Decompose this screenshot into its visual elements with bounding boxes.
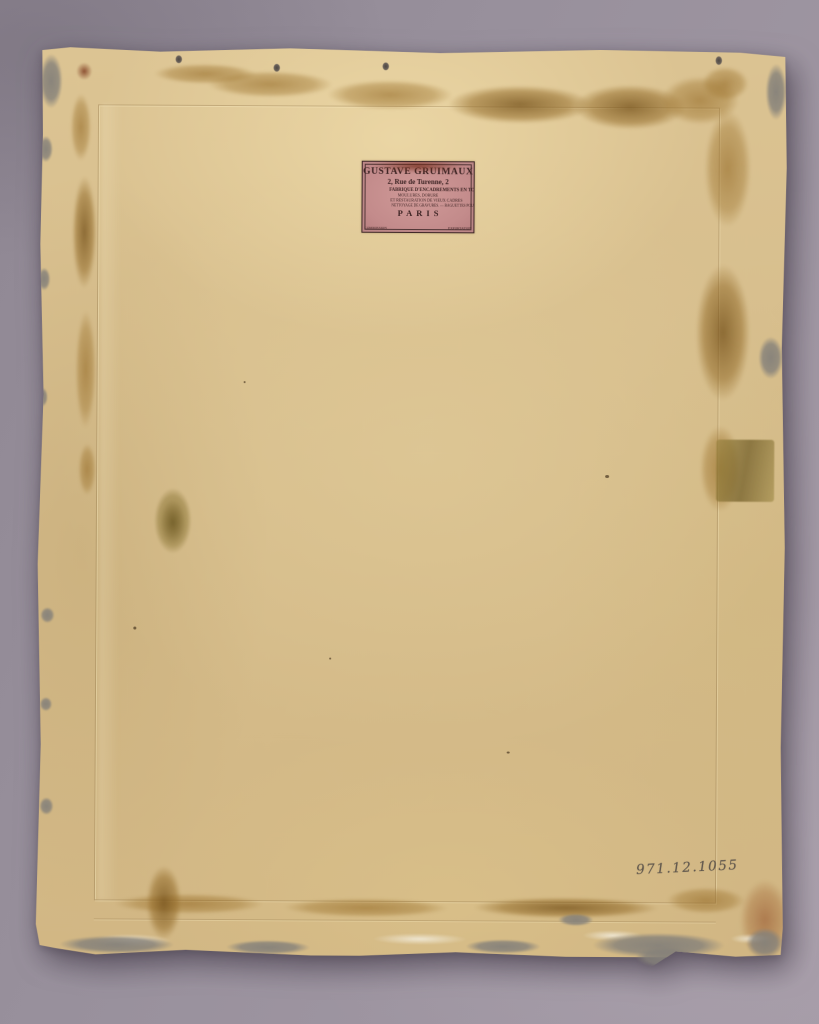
torn-chip xyxy=(52,934,182,955)
torn-chip xyxy=(36,386,48,408)
torn-chip xyxy=(764,60,788,124)
left-crease-highlight xyxy=(98,104,122,900)
label-commission: COMMISSION xyxy=(364,226,386,230)
torn-chip xyxy=(744,926,786,960)
glue-stain xyxy=(94,890,284,917)
torn-chip xyxy=(39,696,53,712)
label-line-fabrique: FABRIQUE D'ENCADREMENTS EN TOUS GENRES xyxy=(389,187,447,193)
tack-mark xyxy=(174,54,183,65)
red-stain xyxy=(74,60,94,82)
glue-stain xyxy=(76,436,98,502)
fleck xyxy=(507,752,510,754)
blob-stain-core xyxy=(158,497,188,549)
tack-mark xyxy=(714,55,723,67)
torn-chip xyxy=(39,606,55,624)
fleck xyxy=(133,627,136,630)
glue-stain xyxy=(261,895,471,920)
tack-mark xyxy=(381,61,390,72)
glue-stain xyxy=(688,247,757,417)
fleck xyxy=(329,658,331,660)
tape-residue xyxy=(716,440,774,502)
fleck xyxy=(605,475,609,478)
torn-chip xyxy=(221,939,316,955)
backing-board: GUSTAVE GRUIMAUX 2, Rue de Turenne, 2 FA… xyxy=(36,44,788,958)
glue-stain xyxy=(68,84,94,170)
label-exportation: EXPORTATION xyxy=(448,226,472,230)
label-address: 2, Rue de Turenne, 2 xyxy=(363,178,474,187)
torn-chip xyxy=(461,938,546,954)
label-line-nettoyage: NETTOYAGE DE GRAVURES. — BAGUETTES POUR … xyxy=(391,203,444,208)
torn-chip xyxy=(38,50,64,112)
torn-chip xyxy=(37,266,51,292)
glue-stain xyxy=(697,93,758,243)
glue-stain xyxy=(69,162,100,302)
tack-mark xyxy=(272,62,281,73)
label-city: PARIS xyxy=(362,208,473,219)
framer-label: GUSTAVE GRUIMAUX 2, Rue de Turenne, 2 FA… xyxy=(361,161,474,234)
backing-board-shadow: GUSTAVE GRUIMAUX 2, Rue de Turenne, 2 FA… xyxy=(36,44,788,958)
torn-chip xyxy=(757,334,785,382)
torn-chip xyxy=(556,913,596,927)
torn-chip xyxy=(38,796,54,816)
torn-chip xyxy=(38,134,54,164)
fleck xyxy=(244,381,246,383)
glue-stain xyxy=(72,294,99,444)
